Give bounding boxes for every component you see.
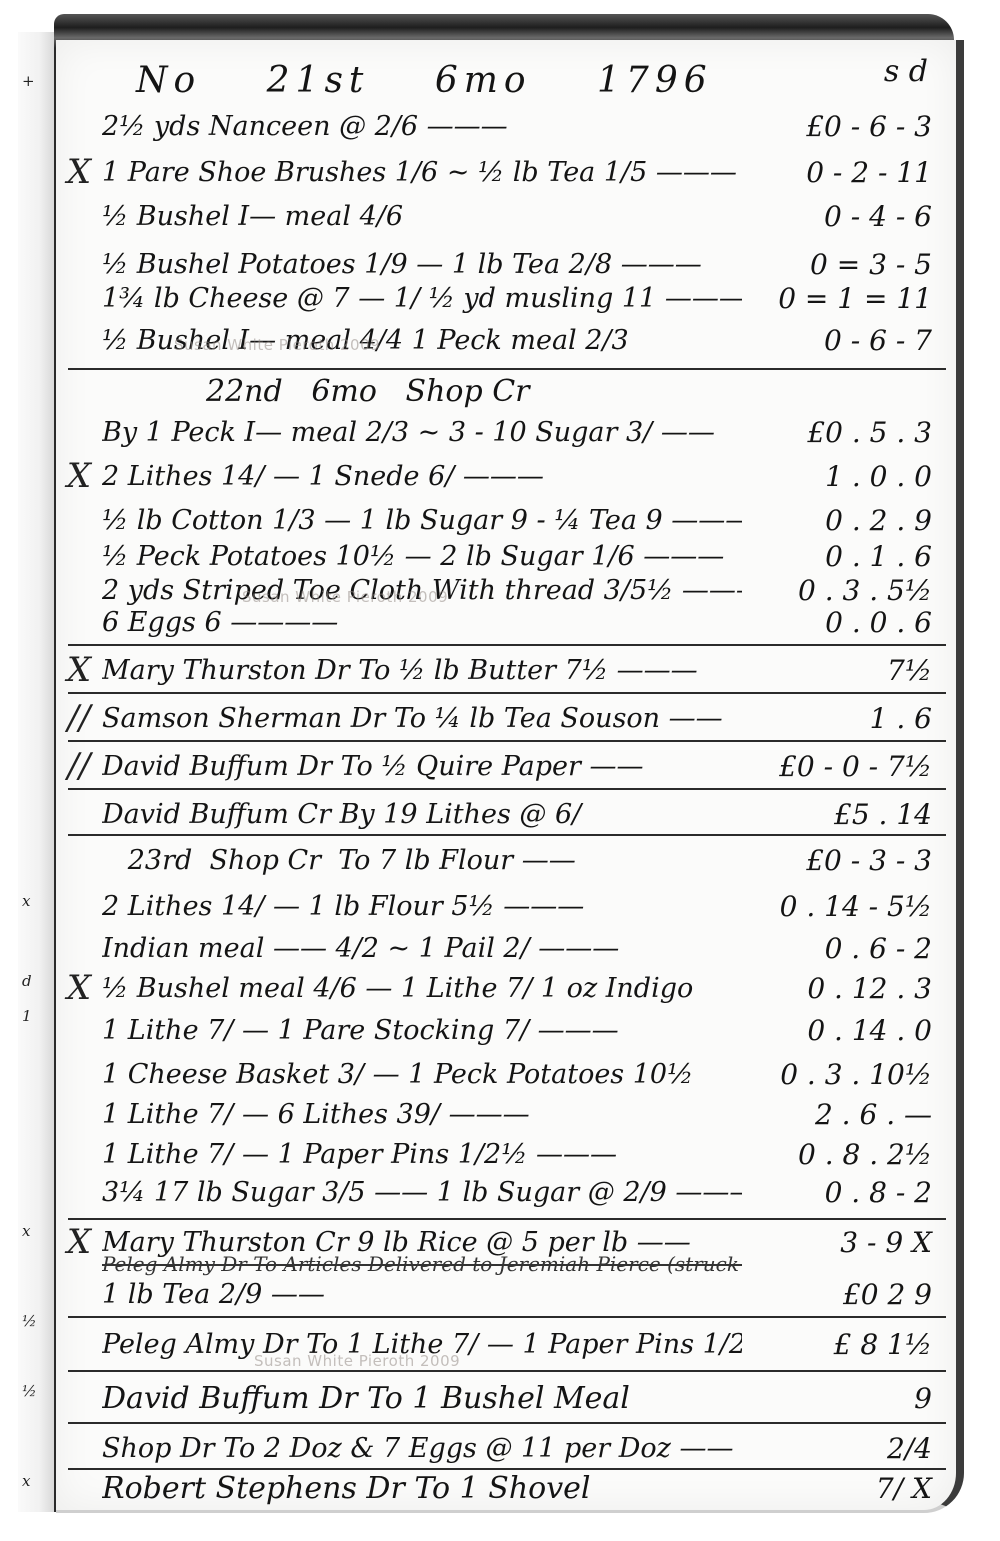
entry-divider [68, 1370, 946, 1372]
ledger-entry: 1 Lithe 7/ — 6 Lithes 39/ ——— 2 . 6 . — [56, 1094, 956, 1134]
ledger-entry: 1 Lithe 7/ — 1 Pare Stocking 7/ ——— 0 . … [56, 1010, 956, 1050]
account-entry: X Mary Thurston Dr To ½ lb Butter 7½ ———… [56, 650, 956, 690]
entry-amount: 0 . 6 - 2 [742, 932, 956, 965]
ledger-entry: By 1 Peck I— meal 2/3 ~ 3 - 10 Sugar 3/ … [56, 412, 956, 452]
entry-text: Samson Sherman Dr To ¼ lb Tea Souson —— [102, 703, 742, 734]
watermark: Susan White Pieroth 2009 [242, 588, 448, 606]
facing-page-mark: d [22, 972, 32, 990]
facing-page-mark: ½ [22, 1382, 37, 1400]
facing-page-mark: x [22, 1222, 30, 1240]
entry-amount: £ 8 1½ [742, 1328, 956, 1361]
facing-page-mark: x [22, 892, 30, 910]
watermark: Susan White Pieroth 2009 [254, 1352, 460, 1370]
section-heading-23rd: 23rd Shop Cr To 7 lb Flour —— £0 - 3 - 3 [56, 840, 956, 880]
ledger-entry: 1¾ lb Cheese @ 7 — 1/ ½ yd musling 11 ——… [56, 278, 956, 318]
entry-text: 1 Cheese Basket 3/ — 1 Peck Potatoes 10½ [102, 1059, 742, 1090]
ledger-entry: 2½ yds Nanceen @ 2/6 ——— £0 - 6 - 3 [56, 106, 956, 146]
facing-page-mark: ½ [22, 1312, 37, 1330]
entry-amount: 7½ [742, 654, 956, 687]
watermark: Susan White Pieroth 2009 [174, 336, 380, 354]
section-divider [68, 1218, 946, 1220]
ledger-entry: 6 Eggs 6 ———— 0 . 0 . 6 [56, 602, 956, 642]
entry-amount: 0 . 8 - 2 [742, 1176, 956, 1209]
entry-amount: 0 . 14 . 0 [742, 1014, 956, 1047]
account-entry: // David Buffum Dr To ½ Quire Paper —— £… [56, 746, 956, 786]
entry-mark: X [56, 968, 102, 1008]
ledger-entry: ½ lb Cotton 1/3 — 1 lb Sugar 9 - ¼ Tea 9… [56, 500, 956, 540]
entry-text: 2 Lithes 14/ — 1 Snede 6/ ——— [102, 461, 742, 492]
ledger-entry: X 1 Pare Shoe Brushes 1/6 ~ ½ lb Tea 1/5… [56, 152, 956, 192]
account-entry: David Buffum Dr To 1 Bushel Meal 9 [56, 1378, 956, 1418]
entry-text: ½ Bushel I— meal 4/6 [102, 201, 742, 232]
entry-text: 1 lb Tea 2/9 —— [102, 1279, 742, 1310]
header-number: No [136, 60, 201, 101]
section-account: Shop Cr [406, 374, 530, 409]
entry-amount: 0 . 8 . 2½ [742, 1138, 956, 1171]
entry-divider [68, 740, 946, 742]
entry-amount: 0 . 14 - 5½ [742, 890, 956, 923]
entry-text: ½ Bushel Potatoes 1/9 — 1 lb Tea 2/8 ——— [102, 249, 742, 280]
entry-amount: £0 - 6 - 3 [742, 110, 956, 143]
entry-amount: £0 - 3 - 3 [742, 844, 956, 877]
entry-amount: 0 - 6 - 7 [742, 324, 956, 357]
entry-divider [68, 834, 946, 836]
facing-page-mark: x [22, 1472, 30, 1490]
entry-text: 1 Lithe 7/ — 6 Lithes 39/ ——— [102, 1099, 742, 1130]
entry-divider [68, 1316, 946, 1318]
ledger-entry: 2 Lithes 14/ — 1 lb Flour 5½ ——— 0 . 14 … [56, 886, 956, 926]
entry-amount: 0 = 1 = 11 [742, 282, 956, 315]
entry-mark: X [56, 152, 102, 192]
entry-text: Peleg Almy Dr To Articles Delivered to J… [102, 1252, 742, 1276]
entry-amount: £0 . 5 . 3 [742, 416, 956, 449]
entry-divider [68, 692, 946, 694]
entry-text: 2½ yds Nanceen @ 2/6 ——— [102, 111, 742, 142]
entry-mark: X [56, 456, 102, 496]
account-entry: Robert Stephens Dr To 1 Shovel 7/ X [56, 1468, 956, 1508]
entry-mark: X [56, 650, 102, 690]
entry-divider [68, 1422, 946, 1424]
entry-amount: £0 2 9 [742, 1278, 956, 1311]
entry-text: 2 Lithes 14/ — 1 lb Flour 5½ ——— [102, 891, 742, 922]
entry-amount: 1 . 6 [742, 702, 956, 735]
entry-amount: £5 . 14 [742, 798, 956, 831]
entry-amount: 0 - 2 - 11 [742, 156, 956, 189]
currency-column-heading: s d [884, 54, 928, 89]
entry-amount: 7/ X [742, 1472, 956, 1505]
account-entry: Shop Dr To 2 Doz & 7 Eggs @ 11 per Doz —… [56, 1428, 956, 1468]
entry-text: David Buffum Dr To ½ Quire Paper —— [102, 751, 742, 782]
section-heading-22nd: 22nd 6mo Shop Cr [206, 374, 530, 409]
account-entry: Peleg Almy Dr To 1 Lithe 7/ — 1 Paper Pi… [56, 1324, 956, 1364]
header-year: 1796 [597, 60, 713, 101]
entry-amount: 9 [742, 1382, 956, 1415]
entry-amount: 0 . 0 . 6 [742, 606, 956, 639]
section-divider [68, 368, 946, 370]
entry-text: ½ lb Cotton 1/3 — 1 lb Sugar 9 - ¼ Tea 9… [102, 505, 742, 536]
entry-mark: // [56, 698, 102, 738]
entry-text: 1 Pare Shoe Brushes 1/6 ~ ½ lb Tea 1/5 —… [102, 157, 742, 188]
entry-text: Robert Stephens Dr To 1 Shovel [102, 1471, 742, 1506]
entry-amount: 0 = 3 - 5 [742, 248, 956, 281]
account-entry: // Samson Sherman Dr To ¼ lb Tea Souson … [56, 698, 956, 738]
entry-text: Shop Dr To 2 Doz & 7 Eggs @ 11 per Doz —… [102, 1433, 742, 1464]
entry-amount: 2/4 [742, 1432, 956, 1465]
header-month: 6mo [435, 60, 532, 101]
section-account: Shop Cr [209, 845, 321, 876]
entry-text: 1¾ lb Cheese @ 7 — 1/ ½ yd musling 11 ——… [102, 283, 742, 314]
ledger-entry: ½ Bushel I— meal 4/6 0 - 4 - 6 [56, 196, 956, 236]
entry-text: ½ Bushel meal 4/6 — 1 Lithe 7/ 1 oz Indi… [102, 973, 742, 1004]
ledger-entry: Indian meal —— 4/2 ~ 1 Pail 2/ ——— 0 . 6… [56, 928, 956, 968]
entry-text: Indian meal —— 4/2 ~ 1 Pail 2/ ——— [102, 933, 742, 964]
ledger-entry: 1 lb Tea 2/9 —— £0 2 9 [56, 1274, 956, 1314]
entry-text: 3¼ 17 lb Sugar 3/5 —— 1 lb Sugar @ 2/9 —… [102, 1177, 742, 1208]
entry-text: 1 Lithe 7/ — 1 Pare Stocking 7/ ——— [102, 1015, 742, 1046]
entry-amount: 0 . 3 . 10½ [742, 1058, 956, 1091]
ledger-entry: X ½ Bushel meal 4/6 — 1 Lithe 7/ 1 oz In… [56, 968, 956, 1008]
entry-text: By 1 Peck I— meal 2/3 ~ 3 - 10 Sugar 3/ … [102, 417, 742, 448]
entry-amount: £0 - 0 - 7½ [742, 750, 956, 783]
facing-page-edge: + x d 1 x ½ ½ x [18, 32, 56, 1512]
entry-amount: 0 . 12 . 3 [742, 972, 956, 1005]
ledger-entry: 1 Cheese Basket 3/ — 1 Peck Potatoes 10½… [56, 1054, 956, 1094]
ledger-entry: 3¼ 17 lb Sugar 3/5 —— 1 lb Sugar @ 2/9 —… [56, 1172, 956, 1212]
ledger-entry: X 2 Lithes 14/ — 1 Snede 6/ ——— 1 . 0 . … [56, 456, 956, 496]
section-first-item: To 7 lb Flour —— [338, 845, 576, 876]
section-day: 23rd [128, 845, 193, 876]
entry-text: 1 Lithe 7/ — 1 Paper Pins 1/2½ ——— [102, 1139, 742, 1170]
entry-text: ½ Peck Potatoes 10½ — 2 lb Sugar 1/6 ——— [102, 541, 742, 572]
facing-page-mark: + [22, 72, 35, 90]
ledger-entry: 1 Lithe 7/ — 1 Paper Pins 1/2½ ——— 0 . 8… [56, 1134, 956, 1174]
facing-page-mark: 1 [22, 1007, 32, 1025]
section-month: 6mo [311, 374, 377, 409]
ledger-page: No 21st 6mo 1796 s d 2½ yds Nanceen @ 2/… [56, 40, 964, 1513]
header-day: 21st [267, 60, 370, 101]
entry-amount: 0 . 1 . 6 [742, 540, 956, 573]
entry-amount: 2 . 6 . — [742, 1098, 956, 1131]
section-divider [68, 644, 946, 646]
entry-mark: // [56, 746, 102, 786]
account-entry: David Buffum Cr By 19 Lithes @ 6/ £5 . 1… [56, 794, 956, 834]
section-day: 22nd [206, 374, 283, 409]
entry-amount: 1 . 0 . 0 [742, 460, 956, 493]
entry-amount: 0 . 2 . 9 [742, 504, 956, 537]
entry-text: David Buffum Cr By 19 Lithes @ 6/ [102, 799, 742, 830]
entry-text: David Buffum Dr To 1 Bushel Meal [102, 1381, 742, 1416]
entry-text: Mary Thurston Dr To ½ lb Butter 7½ ——— [102, 655, 742, 686]
page-header: No 21st 6mo 1796 [136, 60, 761, 101]
entry-divider [68, 788, 946, 790]
entry-amount: 0 - 4 - 6 [742, 200, 956, 233]
entry-text: 6 Eggs 6 ———— [102, 607, 742, 638]
